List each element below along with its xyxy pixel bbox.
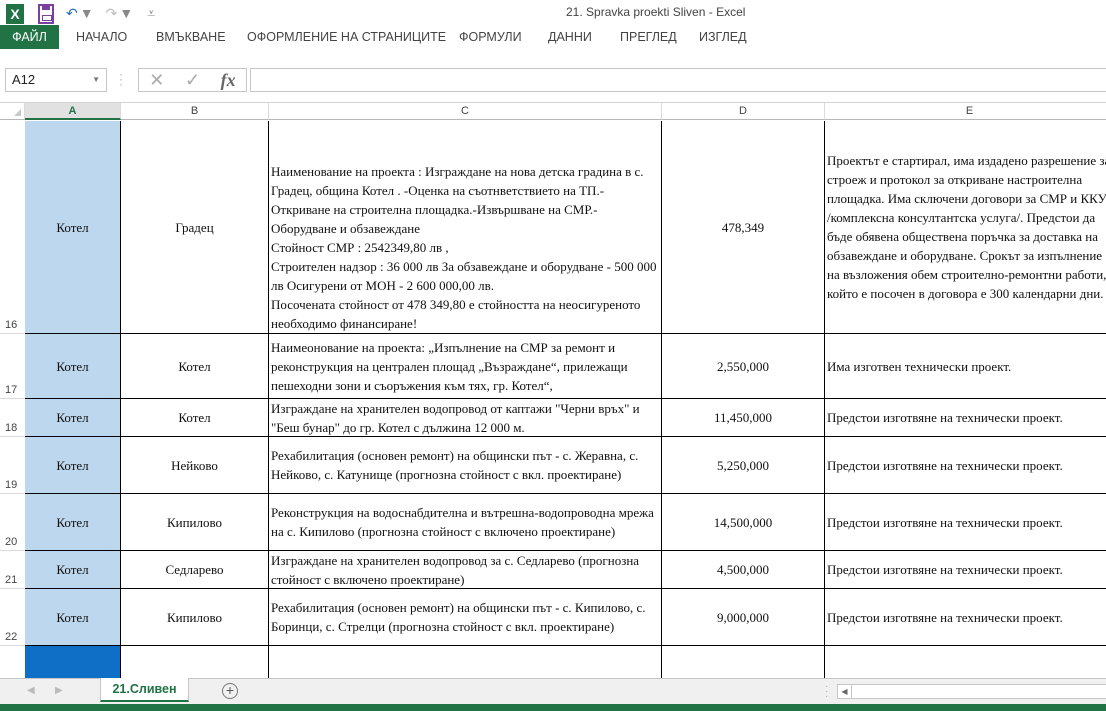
name-box[interactable]: A12 ▼: [5, 68, 107, 92]
column-header-d[interactable]: D: [662, 103, 825, 120]
row-header[interactable]: 21: [0, 551, 25, 589]
cell-b[interactable]: Градец: [121, 121, 269, 334]
cell-b[interactable]: Котел: [121, 399, 269, 437]
cell-e[interactable]: Изготвен проект с готовност за реализаци…: [825, 646, 1106, 678]
sheet-tab-bar: ◀ ▶ 21.Сливен + ··· ◀: [0, 678, 1106, 704]
cell-c[interactable]: [269, 646, 662, 678]
row-header[interactable]: 22: [0, 589, 25, 646]
cell-c[interactable]: Изграждане на хранителен водопровод от к…: [269, 399, 662, 437]
column-header-a[interactable]: A: [25, 103, 121, 120]
cell-d[interactable]: 4,500,000: [662, 551, 825, 589]
formula-buttons: ✕ ✓ fx: [138, 68, 247, 92]
cell-a[interactable]: Котел: [25, 494, 121, 551]
cell-a[interactable]: Котел: [25, 121, 121, 334]
row-header[interactable]: 19: [0, 437, 25, 494]
cell-a[interactable]: Котел: [25, 589, 121, 646]
undo-icon[interactable]: ↶: [66, 3, 78, 23]
cell-c[interactable]: Наименование на проекта : Изграждане на …: [269, 121, 662, 334]
cell-d[interactable]: 9,000,000: [662, 589, 825, 646]
row-header[interactable]: 17: [0, 334, 25, 399]
status-bar: [0, 704, 1106, 711]
cell-d[interactable]: 14,500,000: [662, 494, 825, 551]
cell-e[interactable]: Предстои изготвяне на технически проект.: [825, 399, 1106, 437]
cell-b[interactable]: Кипилово: [121, 589, 269, 646]
column-header-e[interactable]: E: [825, 103, 1106, 120]
column-header-b[interactable]: B: [121, 103, 269, 120]
cell-c[interactable]: Реконструкция на водоснабдителна и вътре…: [269, 494, 662, 551]
redo-icon[interactable]: ↷: [106, 3, 118, 23]
formula-bar: A12 ▼ ··· ✕ ✓ fx: [0, 51, 1106, 103]
excel-logo-icon: X: [6, 4, 24, 24]
cell-d[interactable]: 2,550,000: [662, 334, 825, 399]
cell-e[interactable]: Предстои изготвяне на технически проект.: [825, 437, 1106, 494]
row-header[interactable]: 20: [0, 494, 25, 551]
cancel-icon[interactable]: ✕: [139, 70, 175, 91]
cell-d[interactable]: 5,250,000: [662, 437, 825, 494]
cell-b[interactable]: Нейково: [121, 437, 269, 494]
formula-bar-resize-handle[interactable]: ···: [119, 72, 123, 87]
undo-dropdown-icon[interactable]: ▼: [80, 3, 94, 23]
tab-home[interactable]: НАЧАЛО: [76, 25, 127, 49]
row-header[interactable]: [0, 646, 25, 678]
tab-review[interactable]: ПРЕГЛЕД: [620, 25, 677, 49]
sheet-tab-active[interactable]: 21.Сливен: [100, 678, 189, 702]
enter-icon[interactable]: ✓: [175, 70, 211, 91]
customize-qat-icon[interactable]: ⩡: [147, 3, 155, 23]
horizontal-scrollbar[interactable]: ◀: [837, 684, 1106, 699]
window-title: 21. Spravka proekti Sliven - Excel: [566, 5, 745, 19]
tab-insert[interactable]: ВМЪКВАНЕ: [156, 25, 226, 49]
cell-a[interactable]: Котел: [25, 334, 121, 399]
cell-b[interactable]: Котел: [121, 334, 269, 399]
save-icon[interactable]: [38, 4, 54, 24]
insert-function-icon[interactable]: fx: [210, 70, 246, 91]
cell-a[interactable]: Котел: [25, 551, 121, 589]
cell-a[interactable]: Котел: [25, 437, 121, 494]
cell-b[interactable]: Седларево: [121, 551, 269, 589]
tab-formulas[interactable]: ФОРМУЛИ: [459, 25, 522, 49]
column-header-c[interactable]: C: [269, 103, 662, 120]
sheet-prev-arrow-icon[interactable]: ◀: [27, 685, 35, 696]
cell-a[interactable]: [25, 646, 121, 678]
row-header[interactable]: 18: [0, 399, 25, 437]
cell-d[interactable]: [662, 646, 825, 678]
tab-data[interactable]: ДАННИ: [548, 25, 592, 49]
quick-access-toolbar: X ↶ ▼ ↷ ▼ ⩡: [6, 2, 155, 24]
cell-e[interactable]: Предстои изготвяне на технически проект.: [825, 589, 1106, 646]
cell-c[interactable]: Изграждане на хранителен водопровод за с…: [269, 551, 662, 589]
tab-split-handle[interactable]: ···: [825, 684, 828, 699]
cell-b[interactable]: [121, 646, 269, 678]
cell-a[interactable]: Котел: [25, 399, 121, 437]
cell-e[interactable]: Предстои изготвяне на технически проект.: [825, 551, 1106, 589]
cell-c[interactable]: Наимеонование на проекта: „Изпълнение на…: [269, 334, 662, 399]
cell-d[interactable]: 11,450,000: [662, 399, 825, 437]
row-header[interactable]: 16: [0, 121, 25, 334]
ribbon-tabs: ФАЙЛ НАЧАЛО ВМЪКВАНЕ ОФОРМЛЕНИЕ НА СТРАН…: [0, 25, 1106, 51]
cell-c[interactable]: Рехабилитация (основен ремонт) на общинс…: [269, 589, 662, 646]
add-sheet-icon[interactable]: +: [222, 683, 238, 699]
redo-dropdown-icon[interactable]: ▼: [119, 3, 133, 23]
cell-e[interactable]: Предстои изготвяне на технически проект.: [825, 494, 1106, 551]
name-box-dropdown-icon[interactable]: ▼: [92, 69, 100, 91]
cell-c[interactable]: Рехабилитация (основен ремонт) на общинс…: [269, 437, 662, 494]
tab-view[interactable]: ИЗГЛЕД: [699, 25, 747, 49]
tab-page-layout[interactable]: ОФОРМЛЕНИЕ НА СТРАНИЦИТЕ: [247, 25, 446, 49]
cell-d[interactable]: 478,349: [662, 121, 825, 334]
spreadsheet-grid: A B C D E 16КотелГрадецНаименование на п…: [0, 103, 1106, 678]
cell-b[interactable]: Кипилово: [121, 494, 269, 551]
scroll-left-icon[interactable]: ◀: [838, 685, 852, 698]
tab-file[interactable]: ФАЙЛ: [0, 25, 59, 49]
title-bar: X ↶ ▼ ↷ ▼ ⩡ 21. Spravka proekti Sliven -…: [0, 0, 1106, 25]
select-all-button[interactable]: [0, 103, 25, 120]
cell-e[interactable]: Проектът е стартирал, има издадено разре…: [825, 121, 1106, 334]
name-box-value: A12: [12, 72, 35, 87]
formula-input[interactable]: [250, 68, 1106, 92]
cell-e[interactable]: Има изготвен технически проект.: [825, 334, 1106, 399]
sheet-next-arrow-icon[interactable]: ▶: [55, 685, 63, 696]
